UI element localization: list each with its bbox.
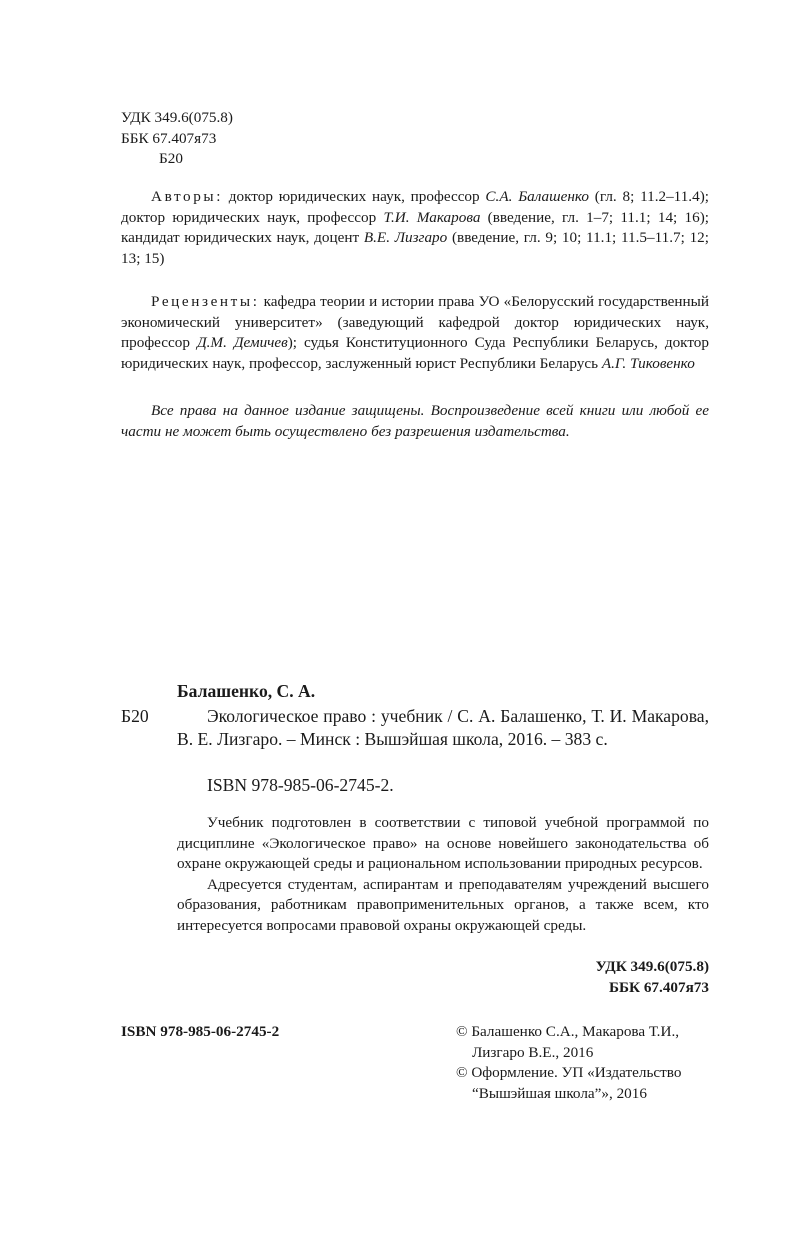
- catalog-author-heading: Балашенко, С. А.: [177, 680, 315, 703]
- reviewers-label: Рецензенты:: [151, 293, 260, 310]
- copyright-block: © Балашенко С.А., Макарова Т.И., Лизгаро…: [456, 1022, 716, 1104]
- author-mark: Б20: [121, 149, 233, 170]
- udk-code-footer: УДК 349.6(075.8): [400, 957, 709, 978]
- catalog-entry: Экологическое право : учебник / С. А. Ба…: [177, 705, 709, 751]
- authors-paragraph: Авторы: доктор юридических наук, професс…: [121, 187, 709, 269]
- catalog-isbn: ISBN 978-985-06-2745-2.: [177, 774, 394, 797]
- annotation-paragraph: Адресуется студентам, аспирантам и препо…: [177, 875, 709, 937]
- copyright-authors: © Балашенко С.А., Макарова Т.И., Лизгаро…: [456, 1022, 716, 1063]
- classification-footer: УДК 349.6(075.8) ББК 67.407я73: [400, 957, 709, 998]
- rights-notice: Все права на данное издание защищены. Во…: [121, 401, 709, 442]
- bbk-code: ББК 67.407я73: [121, 129, 233, 150]
- authors-label: Авторы:: [151, 188, 223, 205]
- classification-header: УДК 349.6(075.8) ББК 67.407я73 Б20: [121, 108, 233, 170]
- annotation: Учебник подготовлен в соответствии с тип…: [177, 813, 709, 936]
- udk-code: УДК 349.6(075.8): [121, 108, 233, 129]
- annotation-paragraph: Учебник подготовлен в соответствии с тип…: [177, 813, 709, 875]
- isbn: ISBN 978-985-06-2745-2: [121, 1022, 279, 1043]
- copyright-publisher: © Оформление. УП «Издательство “Вышэйшая…: [456, 1063, 716, 1104]
- bbk-code-footer: ББК 67.407я73: [400, 978, 709, 999]
- catalog-code: Б20: [121, 705, 149, 728]
- reviewers-paragraph: Рецензенты: кафедра теории и истории пра…: [121, 292, 709, 374]
